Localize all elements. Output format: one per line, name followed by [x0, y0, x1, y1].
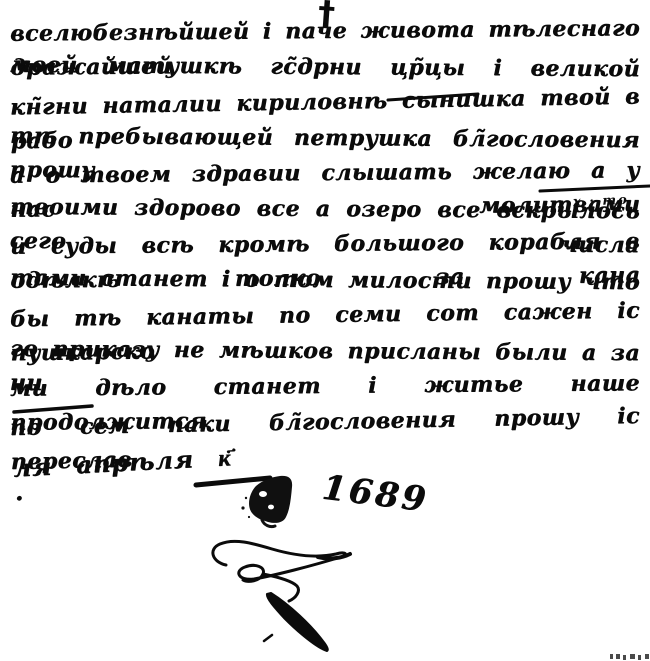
- manuscript-page: † вселюбезнѣйшей і паче живота тѣлеснаго…: [0, 0, 650, 661]
- manuscript-line: бы тѣ канаты по семи сот сажен іс пушкар…: [10, 294, 640, 338]
- signature-flourish: [213, 541, 350, 651]
- manuscript-line: и суды всѣ кромѣ большого корабля в одѣл…: [10, 224, 640, 265]
- manuscript-text-block: вселюбезнѣйшей і паче живота тѣлеснаго д…: [10, 14, 640, 440]
- manuscript-line: а о твоем здравии слышать желаю а у нас …: [10, 153, 640, 194]
- manuscript-line: го приказу не мѣшков присланы были а за …: [10, 331, 640, 371]
- date-line: ля апрѣля к҃ ·: [13, 442, 234, 512]
- marginal-correction-note: · х · то: [560, 193, 629, 210]
- manuscript-line: твоими здорово все а озеро все вскрылось…: [10, 189, 640, 229]
- year-1689: 1689: [320, 468, 431, 521]
- manuscript-line: тѣ пребывающей петрушка бл̃гословения пр…: [10, 118, 640, 158]
- ink-blot: [241, 476, 292, 527]
- manuscript-line: вселюбезнѣйшей і паче живота тѣлеснаго д…: [10, 11, 640, 52]
- cropped-print-fragment: [610, 654, 649, 660]
